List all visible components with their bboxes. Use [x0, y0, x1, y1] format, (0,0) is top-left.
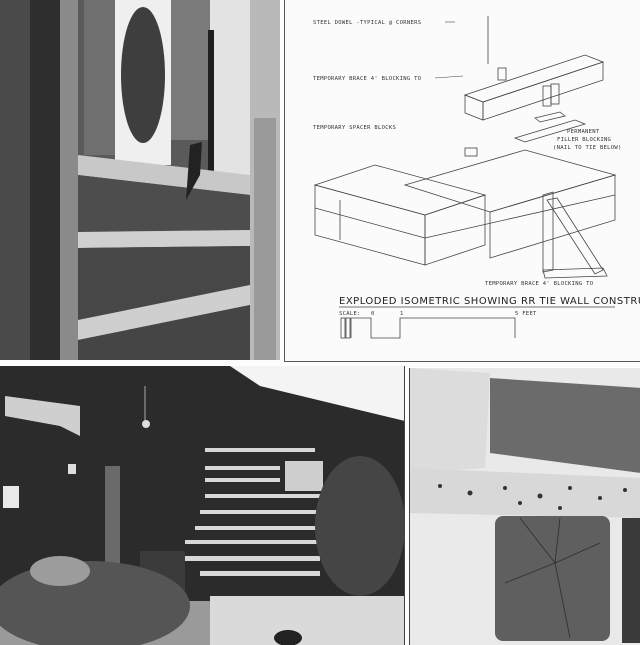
photo-log-wall-closeup [0, 0, 280, 360]
photo-tie-end-detail [409, 368, 640, 645]
rr-tie-wall-drawing: STEEL DOWEL -TYPICAL @ CORNERS TEMPORARY… [285, 0, 640, 362]
scale-tick-0: 0 [371, 311, 375, 317]
scale-tick-5: 5 FEET [515, 311, 537, 317]
label-steel-dowel: STEEL DOWEL -TYPICAL @ CORNERS [313, 20, 421, 26]
label-nail-to-tie: (NAIL TO TIE BELOW) [553, 145, 622, 151]
house-exterior-illustration [0, 366, 405, 645]
scale-bar [341, 318, 515, 338]
photo-house-exterior [0, 366, 405, 645]
isometric-diagram: STEEL DOWEL -TYPICAL @ CORNERS TEMPORARY… [284, 0, 640, 362]
label-temporary-spacer: TEMPORARY SPACER BLOCKS [313, 125, 396, 131]
label-permanent: PERMANENT [567, 129, 600, 135]
tie-end-illustration [410, 368, 640, 645]
scale-label: SCALE: [339, 311, 361, 317]
label-filler-blocking: FILLER BLOCKING [557, 137, 611, 143]
label-temporary-brace-bottom: TEMPORARY BRACE 4' BLOCKING TO [485, 281, 593, 287]
scale-tick-1: 1 [400, 311, 404, 317]
diagram-title: EXPLODED ISOMETRIC SHOWING RR TIE WALL C… [339, 296, 640, 307]
log-wall-illustration [0, 0, 280, 360]
label-temporary-brace-top: TEMPORARY BRACE 4' BLOCKING TO [313, 76, 421, 82]
